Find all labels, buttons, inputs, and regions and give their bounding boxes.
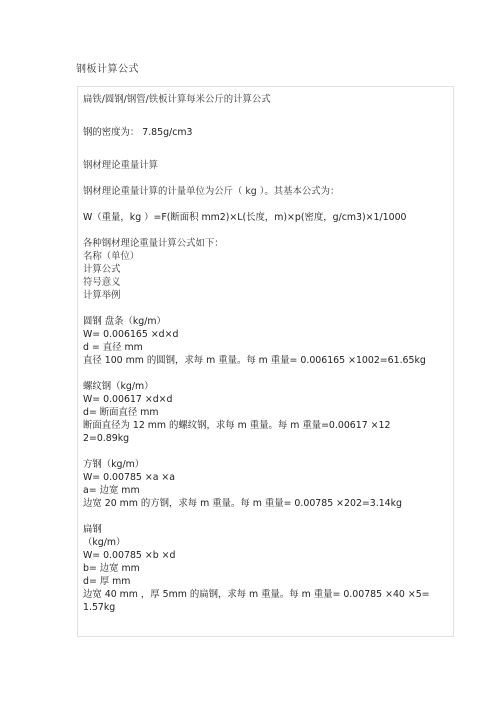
item-rebar: 螺纹钢（kg/m） W= 0.00617 ×d×d d= 断面直径 mm 断面直… — [83, 380, 448, 445]
item-formula: W= 0.00785 ×a ×a — [83, 471, 448, 484]
formula-line: W（重量，kg ）=F(断面积 mm2)×L(长度，m)×p(密度，g/cm3)… — [83, 211, 448, 224]
item-formula: W= 0.00785 ×b ×d — [83, 549, 448, 562]
item-symbol: a= 边宽 mm — [83, 484, 448, 497]
column-symbols: 符号意义 — [83, 276, 448, 289]
item-name: 方钢（kg/m） — [83, 458, 448, 471]
item-example: 直径 100 mm 的圆钢，求每 m 重量。每 m 重量= 0.006165 ×… — [83, 354, 448, 367]
column-name: 名称（单位） — [83, 250, 448, 263]
item-flat-steel: 扁钢 （kg/m） W= 0.00785 ×b ×d b= 边宽 mm d= 厚… — [83, 523, 448, 614]
item-square-steel: 方钢（kg/m） W= 0.00785 ×a ×a a= 边宽 mm 边宽 20… — [83, 458, 448, 510]
column-formula: 计算公式 — [83, 263, 448, 276]
item-symbol: d = 直径 mm — [83, 341, 448, 354]
section-title: 钢材理论重量计算 — [83, 159, 448, 172]
item-name: 圆钢 盘条（kg/m） — [83, 315, 448, 328]
item-example-cont: 1.57kg — [83, 601, 448, 614]
header-line: 扁铁/圆钢/钢管/铁板计算每米公斤的计算公式 — [83, 93, 448, 106]
item-name: 螺纹钢（kg/m） — [83, 380, 448, 393]
item-example-cont: 2=0.89kg — [83, 432, 448, 445]
item-name: 扁钢 — [83, 523, 448, 536]
intro-line: 各种钢材理论重量计算公式如下： — [83, 237, 448, 250]
item-round-steel: 圆钢 盘条（kg/m） W= 0.006165 ×d×d d = 直径 mm 直… — [83, 315, 448, 367]
content-box: 扁铁/圆钢/钢管/铁板计算每米公斤的计算公式 钢的密度为： 7.85g/cm3 … — [77, 86, 454, 637]
item-formula: W= 0.00617 ×d×d — [83, 393, 448, 406]
item-name-unit: （kg/m） — [83, 536, 448, 549]
item-formula: W= 0.006165 ×d×d — [83, 328, 448, 341]
unit-line: 钢材理论重量计算的计量单位为公斤（ kg ）。其基本公式为： — [83, 185, 448, 198]
item-example: 断面直径为 12 mm 的螺纹钢，求每 m 重量。每 m 重量=0.00617 … — [83, 419, 448, 432]
document-title: 钢板计算公式 — [76, 60, 139, 75]
item-symbol: d= 断面直径 mm — [83, 406, 448, 419]
density-line: 钢的密度为： 7.85g/cm3 — [83, 126, 448, 139]
item-example: 边宽 40 mm ，厚 5mm 的扁钢，求每 m 重量。每 m 重量= 0.00… — [83, 588, 448, 601]
item-symbol: b= 边宽 mm — [83, 562, 448, 575]
item-symbol: d= 厚 mm — [83, 575, 448, 588]
column-example: 计算举例 — [83, 289, 448, 302]
item-example: 边宽 20 mm 的方钢，求每 m 重量。每 m 重量= 0.00785 ×20… — [83, 497, 448, 510]
